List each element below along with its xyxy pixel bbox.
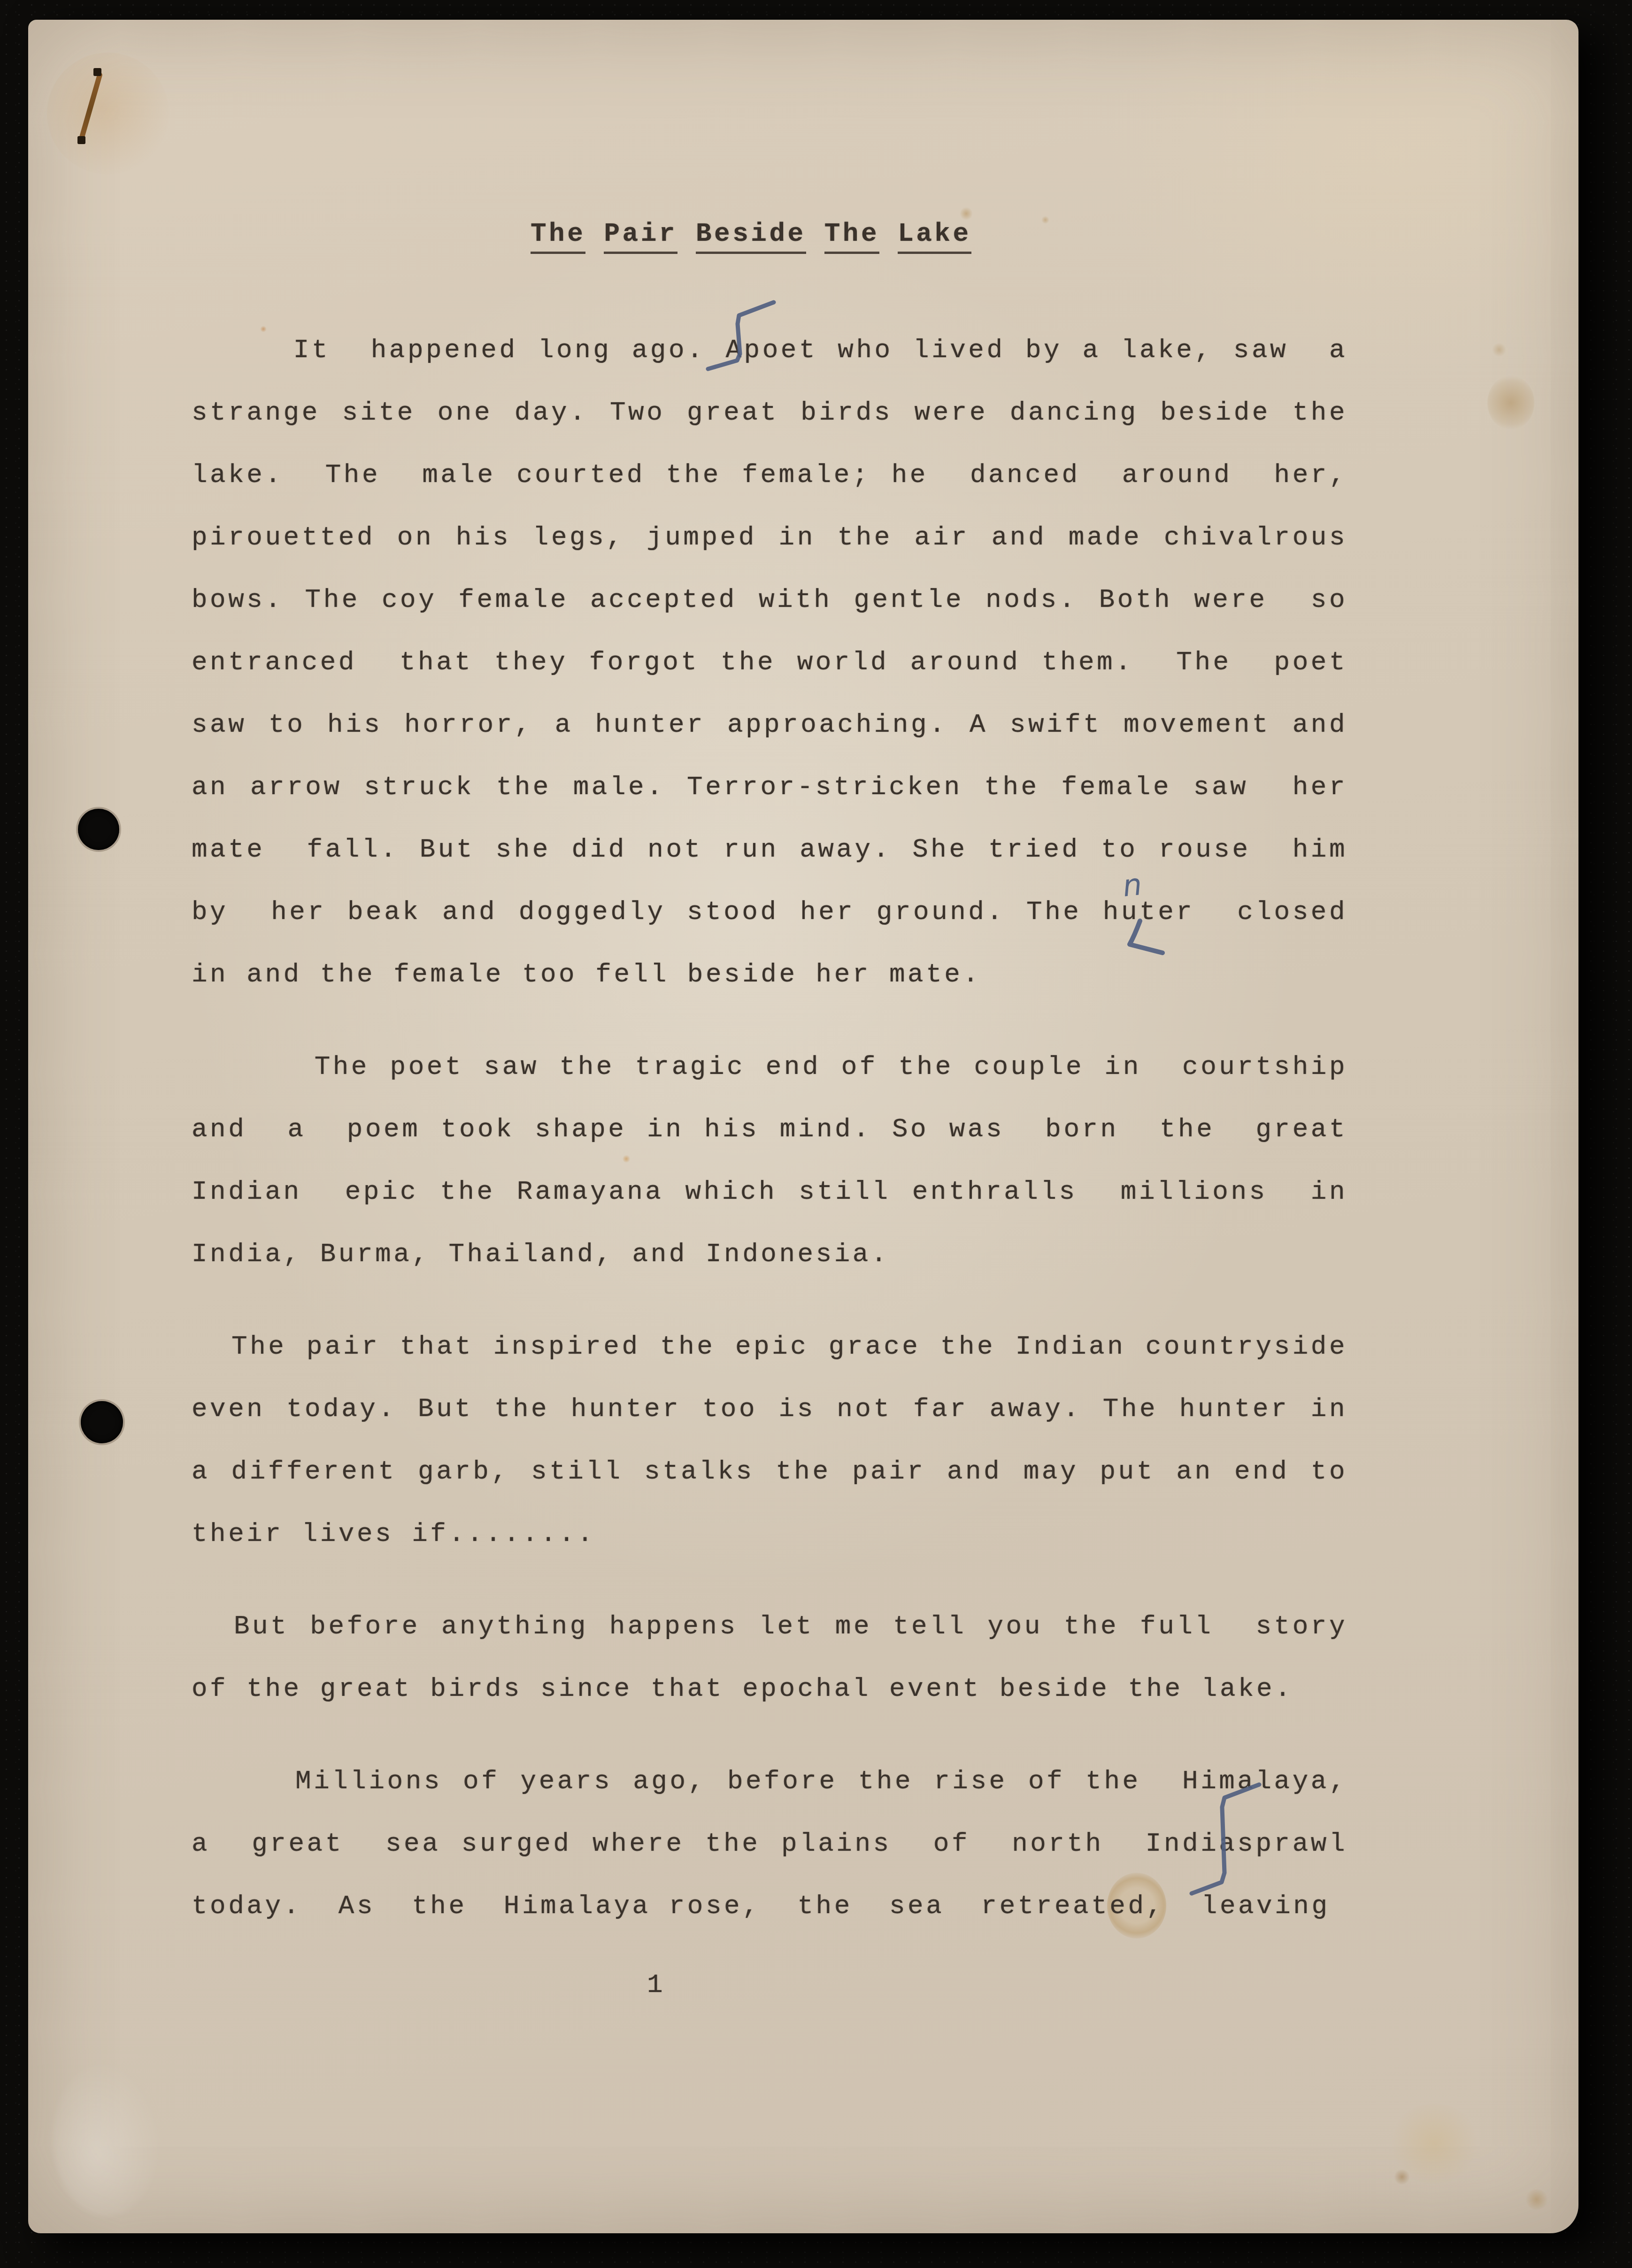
insert-caret-hunter — [1130, 921, 1162, 953]
paper-page: The Pair Beside The Lake It happened lon… — [28, 20, 1578, 2233]
handwritten-n: n — [1121, 867, 1144, 904]
insert-space-mark-sprawl — [1192, 1785, 1259, 1893]
insert-space-mark-poet — [708, 302, 774, 369]
scan-background: The Pair Beside The Lake It happened lon… — [0, 0, 1632, 2268]
proofreader-marks: n — [28, 20, 1578, 2233]
